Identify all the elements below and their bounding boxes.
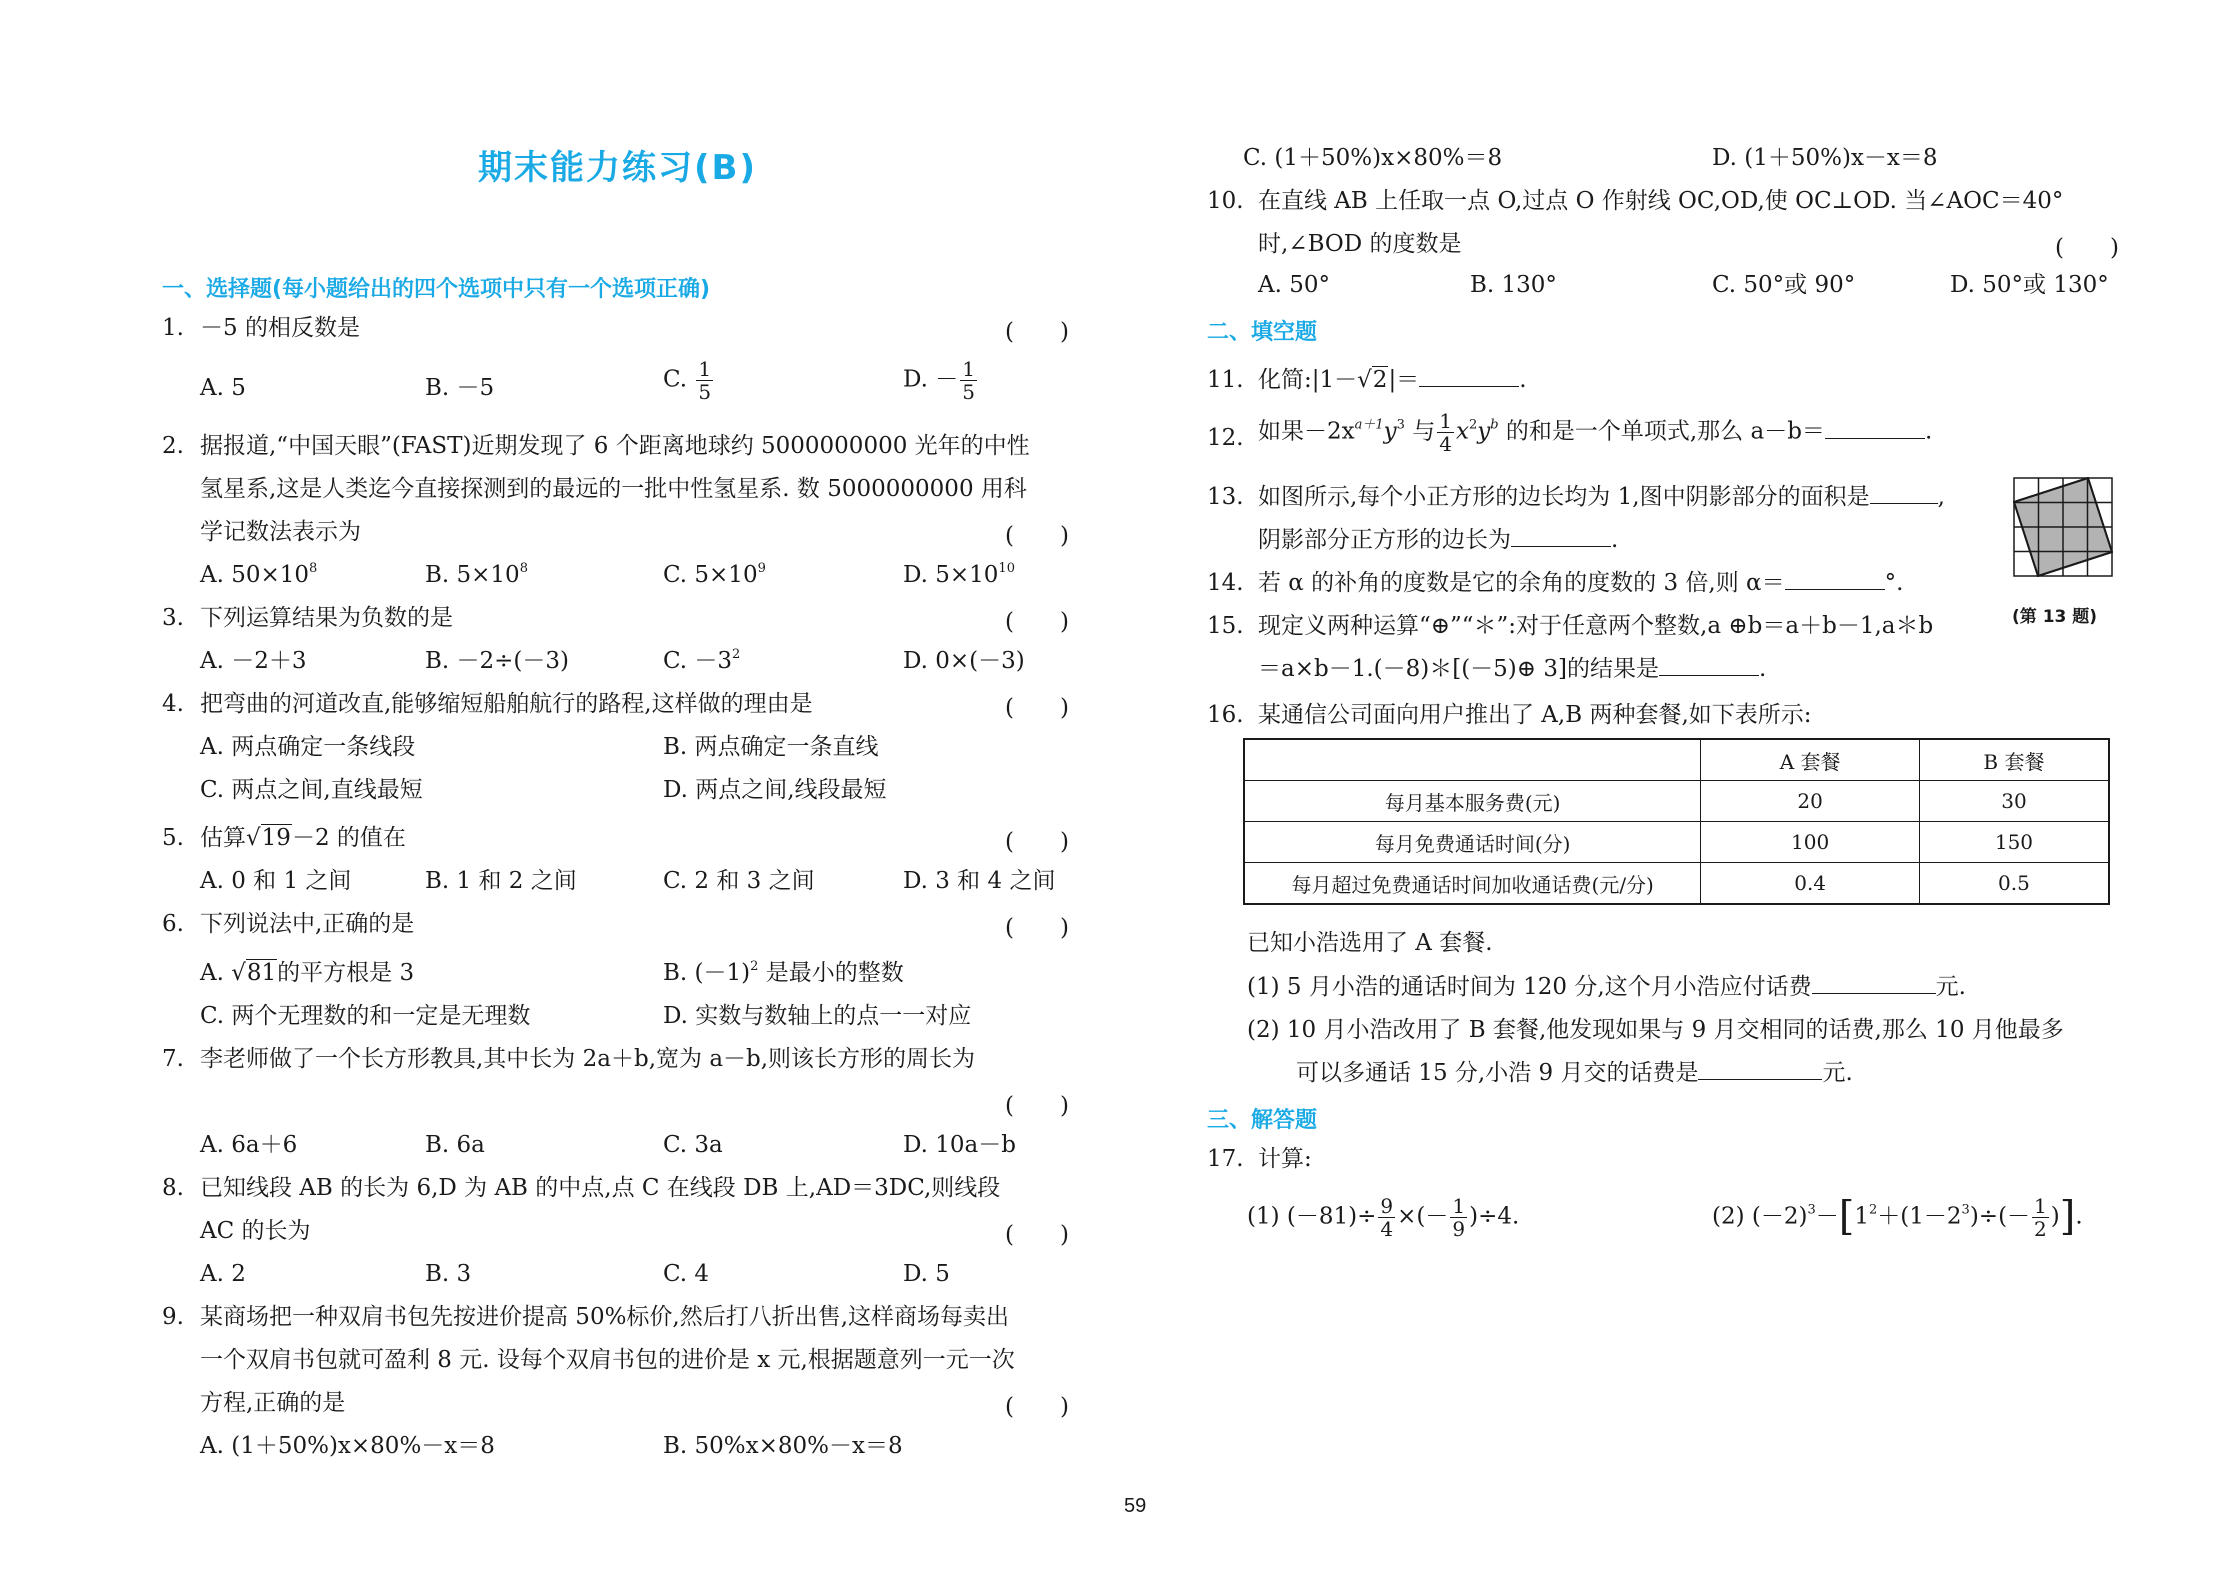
answer-blank[interactable] <box>1825 418 1925 439</box>
option-a[interactable]: A. √81的平方根是 3 <box>200 958 414 988</box>
numerator: 1 <box>2032 1195 2049 1218</box>
stem-text: 阴影部分正方形的边长为 <box>1258 527 1511 553</box>
radicand: 19 <box>261 824 292 851</box>
option-d[interactable]: D. 实数与数轴上的点一一对应 <box>663 1001 971 1031</box>
question-stem-line-2: AC 的长为 <box>200 1216 311 1246</box>
question-number: 2. <box>162 431 184 461</box>
answer-blank[interactable] <box>1419 366 1519 387</box>
stem-text: 元. <box>1822 1060 1852 1086</box>
option-b[interactable]: B. 6a <box>425 1130 485 1160</box>
option-a[interactable]: A. 5 <box>200 373 246 403</box>
table-row: 每月基本服务费(元) 20 30 <box>1244 781 2109 822</box>
option-a[interactable]: A. 50° <box>1258 270 1330 300</box>
table-cell: 0.5 <box>1919 863 2109 905</box>
question-stem: 下列运算结果为负数的是 <box>200 603 453 633</box>
table-row: 每月免费通话时间(分) 100 150 <box>1244 822 2109 863</box>
stem-text: . <box>1759 656 1766 682</box>
exponent: 8 <box>520 561 528 576</box>
page-title: 期末能力练习(B) <box>478 140 757 189</box>
option-d[interactable]: D. －15 <box>903 358 979 403</box>
expr-text: . <box>2075 1204 2082 1230</box>
option-b[interactable]: B. 130° <box>1470 270 1557 300</box>
question-number: 4. <box>162 689 184 719</box>
question-number: 17. <box>1207 1144 1244 1174</box>
question-number: 7. <box>162 1044 184 1074</box>
table-cell: 每月免费通话时间(分) <box>1244 822 1701 863</box>
left-bracket: [ <box>1839 1194 1855 1240</box>
question-stem: 若 α 的补角的度数是它的余角的度数的 3 倍,则 α＝°. <box>1258 568 1903 598</box>
option-d[interactable]: D. (1＋50%)x－x＝8 <box>1712 143 1938 173</box>
expr-text: ＋(1－2 <box>1877 1204 1961 1230</box>
page-number: 59 <box>1124 1495 1146 1518</box>
stem-text: 估算√ <box>200 825 261 851</box>
question-number: 12. <box>1207 423 1244 453</box>
exponent: 3 <box>1807 1203 1815 1218</box>
option-c[interactable]: C. 两点之间,直线最短 <box>200 775 423 805</box>
question-stem: 李老师做了一个长方形教具,其中长为 2a＋b,宽为 a－b,则该长方形的周长为 <box>200 1044 975 1074</box>
option-label: D. － <box>903 367 958 393</box>
table-row: 每月超过免费通话时间加收通话费(元/分) 0.4 0.5 <box>1244 863 2109 905</box>
denominator: 9 <box>1450 1218 1467 1240</box>
option-b[interactable]: B. 5×108 <box>425 560 528 590</box>
answer-parentheses[interactable]: ( ) <box>1005 909 1069 942</box>
option-text: C. －3 <box>663 648 732 674</box>
question-stem-line-1: 据报道,“中国天眼”(FAST)近期发现了 6 个距离地球约 500000000… <box>200 431 1030 461</box>
answer-parentheses[interactable]: ( ) <box>1005 1216 1069 1249</box>
fraction: 19 <box>1450 1195 1467 1240</box>
option-d[interactable]: D. 两点之间,线段最短 <box>663 775 887 805</box>
stem-text: . <box>1611 527 1618 553</box>
expr-text: ×(－ <box>1397 1204 1448 1230</box>
option-d[interactable]: D. 3 和 4 之间 <box>903 866 1055 896</box>
option-c[interactable]: C. 2 和 3 之间 <box>663 866 815 896</box>
stem-text: 化简:|1－√ <box>1258 367 1372 393</box>
expr-text: 1 <box>1854 1204 1869 1230</box>
exponent: 2 <box>732 647 740 662</box>
question-stem: 计算: <box>1258 1144 1312 1174</box>
question-stem-line-2: 氢星系,这是人类迄今直接探测到的最远的一批中性氢星系. 数 5000000000… <box>200 474 1027 504</box>
question-stem: 化简:|1－√2|＝. <box>1258 365 1527 395</box>
denominator: 2 <box>2032 1218 2049 1240</box>
expr-text: )÷4. <box>1469 1204 1519 1230</box>
variable: y <box>1384 419 1397 445</box>
question-stem: 如果－2xa＋1y3 与14x2yb 的和是一个单项式,那么 a－b＝. <box>1258 410 1932 455</box>
table-cell: 30 <box>1919 781 2109 822</box>
figure-caption: (第 13 题) <box>2012 602 2097 627</box>
stem-text: . <box>1519 367 1526 393</box>
question-stem-line-1: 如图所示,每个小正方形的边长均为 1,图中阴影部分的面积是, <box>1258 482 1945 512</box>
stem-text: 的和是一个单项式,那么 a－b＝ <box>1499 419 1825 445</box>
question-number: 8. <box>162 1173 184 1203</box>
table-header-cell: A 套餐 <box>1701 739 1920 781</box>
right-bracket: ] <box>2060 1194 2076 1240</box>
stem-text: 与 <box>1405 419 1435 445</box>
answer-blank[interactable] <box>1812 973 1936 994</box>
option-c[interactable]: C. (1＋50%)x×80%＝8 <box>1243 143 1502 173</box>
numerator: 1 <box>960 358 977 381</box>
exponent: 8 <box>309 561 317 576</box>
exponent: 3 <box>1962 1203 1970 1218</box>
answer-parentheses[interactable]: ( ) <box>1005 517 1069 550</box>
option-c[interactable]: C. 15 <box>663 358 715 403</box>
question-stem-line-2: ＝a×b－1.(－8)＊[(－5)⊕ 3]的结果是. <box>1258 654 1766 684</box>
answer-blank-area[interactable] <box>1870 483 1938 504</box>
exponent: 9 <box>758 561 766 576</box>
fraction: 94 <box>1378 1195 1395 1240</box>
option-c[interactable]: C. 3a <box>663 1130 723 1160</box>
stem-text: 如图所示,每个小正方形的边长均为 1,图中阴影部分的面积是 <box>1258 484 1870 510</box>
question-number: 11. <box>1207 365 1244 395</box>
answer-blank[interactable] <box>1659 655 1759 676</box>
question-stem: 把弯曲的河道改直,能够缩短船舶航行的路程,这样做的理由是 <box>200 689 813 719</box>
exponent: 3 <box>1397 418 1405 433</box>
table-header-row: A 套餐 B 套餐 <box>1244 739 2109 781</box>
fraction: 12 <box>2032 1195 2049 1240</box>
answer-parentheses[interactable]: ( ) <box>1005 313 1069 346</box>
question-number: 13. <box>1207 482 1244 512</box>
question-number: 16. <box>1207 700 1244 730</box>
exponent: 10 <box>998 561 1015 576</box>
fraction: 15 <box>960 358 977 403</box>
option-d[interactable]: D. 50°或 130° <box>1950 270 2109 300</box>
section-heading-multiple-choice: 一、选择题(每小题给出的四个选项中只有一个选项正确) <box>162 272 710 303</box>
table-cell: 每月超过免费通话时间加收通话费(元/分) <box>1244 863 1701 905</box>
question-number: 1. <box>162 313 184 343</box>
option-b[interactable]: B. 1 和 2 之间 <box>425 866 577 896</box>
option-d[interactable]: D. 5×1010 <box>903 560 1015 590</box>
exponent: a＋1 <box>1355 418 1384 433</box>
option-label: C. <box>663 367 687 393</box>
option-c[interactable]: C. －32 <box>663 646 740 676</box>
variable: y <box>1477 419 1490 445</box>
option-text: A. 50×10 <box>200 562 309 588</box>
option-c[interactable]: C. 4 <box>663 1259 709 1289</box>
variable: x <box>1456 419 1469 445</box>
radicand: 2 <box>1372 366 1389 393</box>
denominator: 4 <box>1437 433 1454 455</box>
question-number: 9. <box>162 1302 184 1332</box>
option-text: C. 5×10 <box>663 562 758 588</box>
question-number: 10. <box>1207 186 1244 216</box>
stem-text: ＝a×b－1.(－8)＊[(－5)⊕ 3]的结果是 <box>1258 656 1659 682</box>
plan-comparison-table: A 套餐 B 套餐 每月基本服务费(元) 20 30 每月免费通话时间(分) 1… <box>1243 738 2110 905</box>
expr-text: ) <box>2051 1204 2060 1230</box>
expr-text: (2) (－2) <box>1712 1204 1807 1230</box>
expr-text: － <box>1816 1204 1839 1230</box>
stem-text: 若 α 的补角的度数是它的余角的度数的 3 倍,则 α＝ <box>1258 570 1785 596</box>
question-stem-line-1: 在直线 AB 上任取一点 O,过点 O 作射线 OC,OD,使 OC⊥OD. 当… <box>1258 186 2063 216</box>
question-stem: 某通信公司面向用户推出了 A,B 两种套餐,如下表所示: <box>1258 700 1812 730</box>
stem-text: －2 的值在 <box>292 825 406 851</box>
table-header-cell <box>1244 739 1701 781</box>
numerator: 1 <box>1450 1195 1467 1218</box>
option-a[interactable]: A. 6a＋6 <box>200 1130 297 1160</box>
stem-text: , <box>1938 484 1945 510</box>
answer-parentheses[interactable]: ( ) <box>1005 1087 1069 1120</box>
answer-parentheses[interactable]: ( ) <box>1005 689 1069 722</box>
numerator: 1 <box>1437 410 1454 433</box>
question-stem-line-2: 一个双肩书包就可盈利 8 元. 设每个双肩书包的进价是 x 元,根据题意列一元一… <box>200 1345 1015 1375</box>
expr-text: )÷(－ <box>1970 1204 2030 1230</box>
question-number: 5. <box>162 823 184 853</box>
option-a[interactable]: A. 两点确定一条线段 <box>200 732 415 762</box>
answer-blank-side-length[interactable] <box>1511 526 1611 547</box>
option-text: 是最小的整数 <box>758 960 903 986</box>
question-stem-line-1: 某商场把一种双肩书包先按进价提高 50%标价,然后打八折出售,这样商场每卖出 <box>200 1302 1009 1332</box>
option-b[interactable]: B. 50%x×80%－x＝8 <box>663 1431 903 1461</box>
question-number: 14. <box>1207 568 1244 598</box>
stem-text: 元. <box>1936 974 1966 1000</box>
stem-text: (1) 5 月小浩的通话时间为 120 分,这个月小浩应付话费 <box>1247 974 1812 1000</box>
question-number: 6. <box>162 909 184 939</box>
question-stem: －5 的相反数是 <box>200 313 360 343</box>
exponent: 2 <box>1469 418 1477 433</box>
option-b[interactable]: B. －2÷(－3) <box>425 646 569 676</box>
question-stem-line-1: 已知线段 AB 的长为 6,D 为 AB 的中点,点 C 在线段 DB 上,AD… <box>200 1173 1000 1203</box>
table-cell: 150 <box>1919 822 2109 863</box>
numerator: 1 <box>696 358 713 381</box>
question-stem-line-3: 方程,正确的是 <box>200 1388 345 1418</box>
table-cell: 每月基本服务费(元) <box>1244 781 1701 822</box>
answer-blank[interactable] <box>1698 1059 1822 1080</box>
option-a[interactable]: A. 2 <box>200 1259 246 1289</box>
option-text: A. √ <box>200 960 246 986</box>
sub-question-2-line-1: (2) 10 月小浩改用了 B 套餐,他发现如果与 9 月交相同的话费,那么 1… <box>1247 1015 2064 1045</box>
option-text: D. 5×10 <box>903 562 998 588</box>
section-heading-fill-in: 二、填空题 <box>1207 315 1317 346</box>
answer-parentheses[interactable]: ( ) <box>1005 1388 1069 1421</box>
option-text: 的平方根是 3 <box>277 960 414 986</box>
grid-square-figure-icon <box>2013 477 2113 577</box>
question-number: 15. <box>1207 611 1244 641</box>
answer-parentheses[interactable]: ( ) <box>1005 823 1069 856</box>
denominator: 4 <box>1378 1218 1395 1240</box>
numerator: 9 <box>1378 1195 1395 1218</box>
calculation-1: (1) (－81)÷94×(－19)÷4. <box>1247 1195 1519 1240</box>
question-stem: 下列说法中,正确的是 <box>200 909 414 939</box>
table-cell: 20 <box>1701 781 1920 822</box>
question-stem-line-1: 现定义两种运算“⊕”“＊”:对于任意两个整数,a ⊕b＝a＋b－1,a＊b <box>1258 611 1933 641</box>
option-b[interactable]: B. (－1)2 是最小的整数 <box>663 958 904 988</box>
option-a[interactable]: A. 50×108 <box>200 560 317 590</box>
stem-text: °. <box>1885 570 1904 596</box>
option-c[interactable]: C. 两个无理数的和一定是无理数 <box>200 1001 530 1031</box>
denominator: 5 <box>960 381 977 403</box>
stem-text: 可以多通话 15 分,小浩 9 月交的话费是 <box>1296 1060 1698 1086</box>
option-b[interactable]: B. 两点确定一条直线 <box>663 732 879 762</box>
option-text: B. (－1) <box>663 960 750 986</box>
expr-text: (1) (－81)÷ <box>1247 1204 1376 1230</box>
answer-blank[interactable] <box>1785 569 1885 590</box>
option-a[interactable]: A. －2＋3 <box>200 646 307 676</box>
option-d[interactable]: D. 10a－b <box>903 1130 1016 1160</box>
option-b[interactable]: B. －5 <box>425 373 494 403</box>
option-c[interactable]: C. 5×109 <box>663 560 766 590</box>
answer-parentheses[interactable]: ( ) <box>2055 229 2119 262</box>
question-stem-line-2: 阴影部分正方形的边长为. <box>1258 525 1618 555</box>
option-a[interactable]: A. 0 和 1 之间 <box>200 866 351 896</box>
question-stem-line-2: 时,∠BOD 的度数是 <box>1258 229 1462 259</box>
section-heading-solutions: 三、解答题 <box>1207 1103 1317 1134</box>
sub-question-1: (1) 5 月小浩的通话时间为 120 分,这个月小浩应付话费元. <box>1247 972 1966 1002</box>
stem-text: . <box>1925 419 1932 445</box>
option-b[interactable]: B. 3 <box>425 1259 471 1289</box>
table-header-cell: B 套餐 <box>1919 739 2109 781</box>
given-statement: 已知小浩选用了 A 套餐. <box>1247 928 1493 958</box>
answer-parentheses[interactable]: ( ) <box>1005 603 1069 636</box>
table-cell: 100 <box>1701 822 1920 863</box>
fraction: 15 <box>696 358 713 403</box>
option-c[interactable]: C. 50°或 90° <box>1712 270 1855 300</box>
question-stem: 估算√19－2 的值在 <box>200 823 406 853</box>
option-a[interactable]: A. (1＋50%)x×80%－x＝8 <box>200 1431 495 1461</box>
option-text: B. 5×10 <box>425 562 520 588</box>
fraction: 14 <box>1437 410 1454 455</box>
stem-text: 如果－2x <box>1258 419 1355 445</box>
table-cell: 0.4 <box>1701 863 1920 905</box>
question-number: 3. <box>162 603 184 633</box>
sub-question-2-line-2: 可以多通话 15 分,小浩 9 月交的话费是元. <box>1296 1058 1853 1088</box>
calculation-2: (2) (－2)3－[12＋(1－23)÷(－12)]. <box>1712 1195 2083 1240</box>
denominator: 5 <box>696 381 713 403</box>
stem-text: |＝ <box>1388 367 1419 393</box>
radicand: 81 <box>246 959 277 986</box>
question-stem-line-3: 学记数法表示为 <box>200 517 361 547</box>
option-d[interactable]: D. 5 <box>903 1259 950 1289</box>
exponent: b <box>1490 418 1498 433</box>
option-d[interactable]: D. 0×(－3) <box>903 646 1025 676</box>
